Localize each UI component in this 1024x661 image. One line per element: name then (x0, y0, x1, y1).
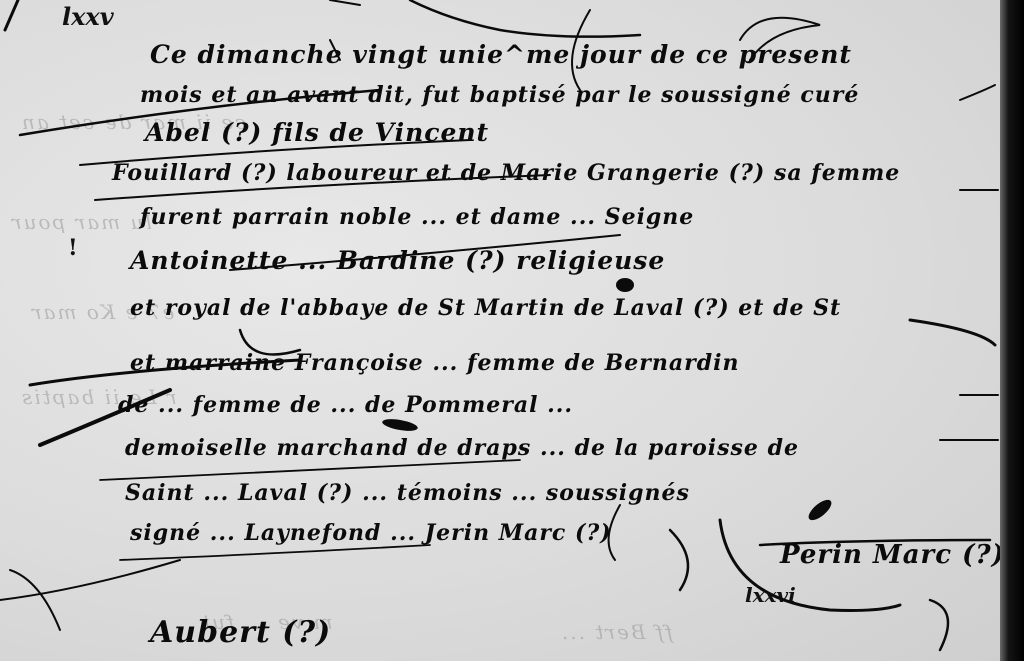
pen-flourishes (0, 0, 1000, 661)
page-binding-shadow (1000, 0, 1024, 661)
register-page: ce ii mar de cet an lu mar pour e7 e Ko … (0, 0, 1000, 661)
